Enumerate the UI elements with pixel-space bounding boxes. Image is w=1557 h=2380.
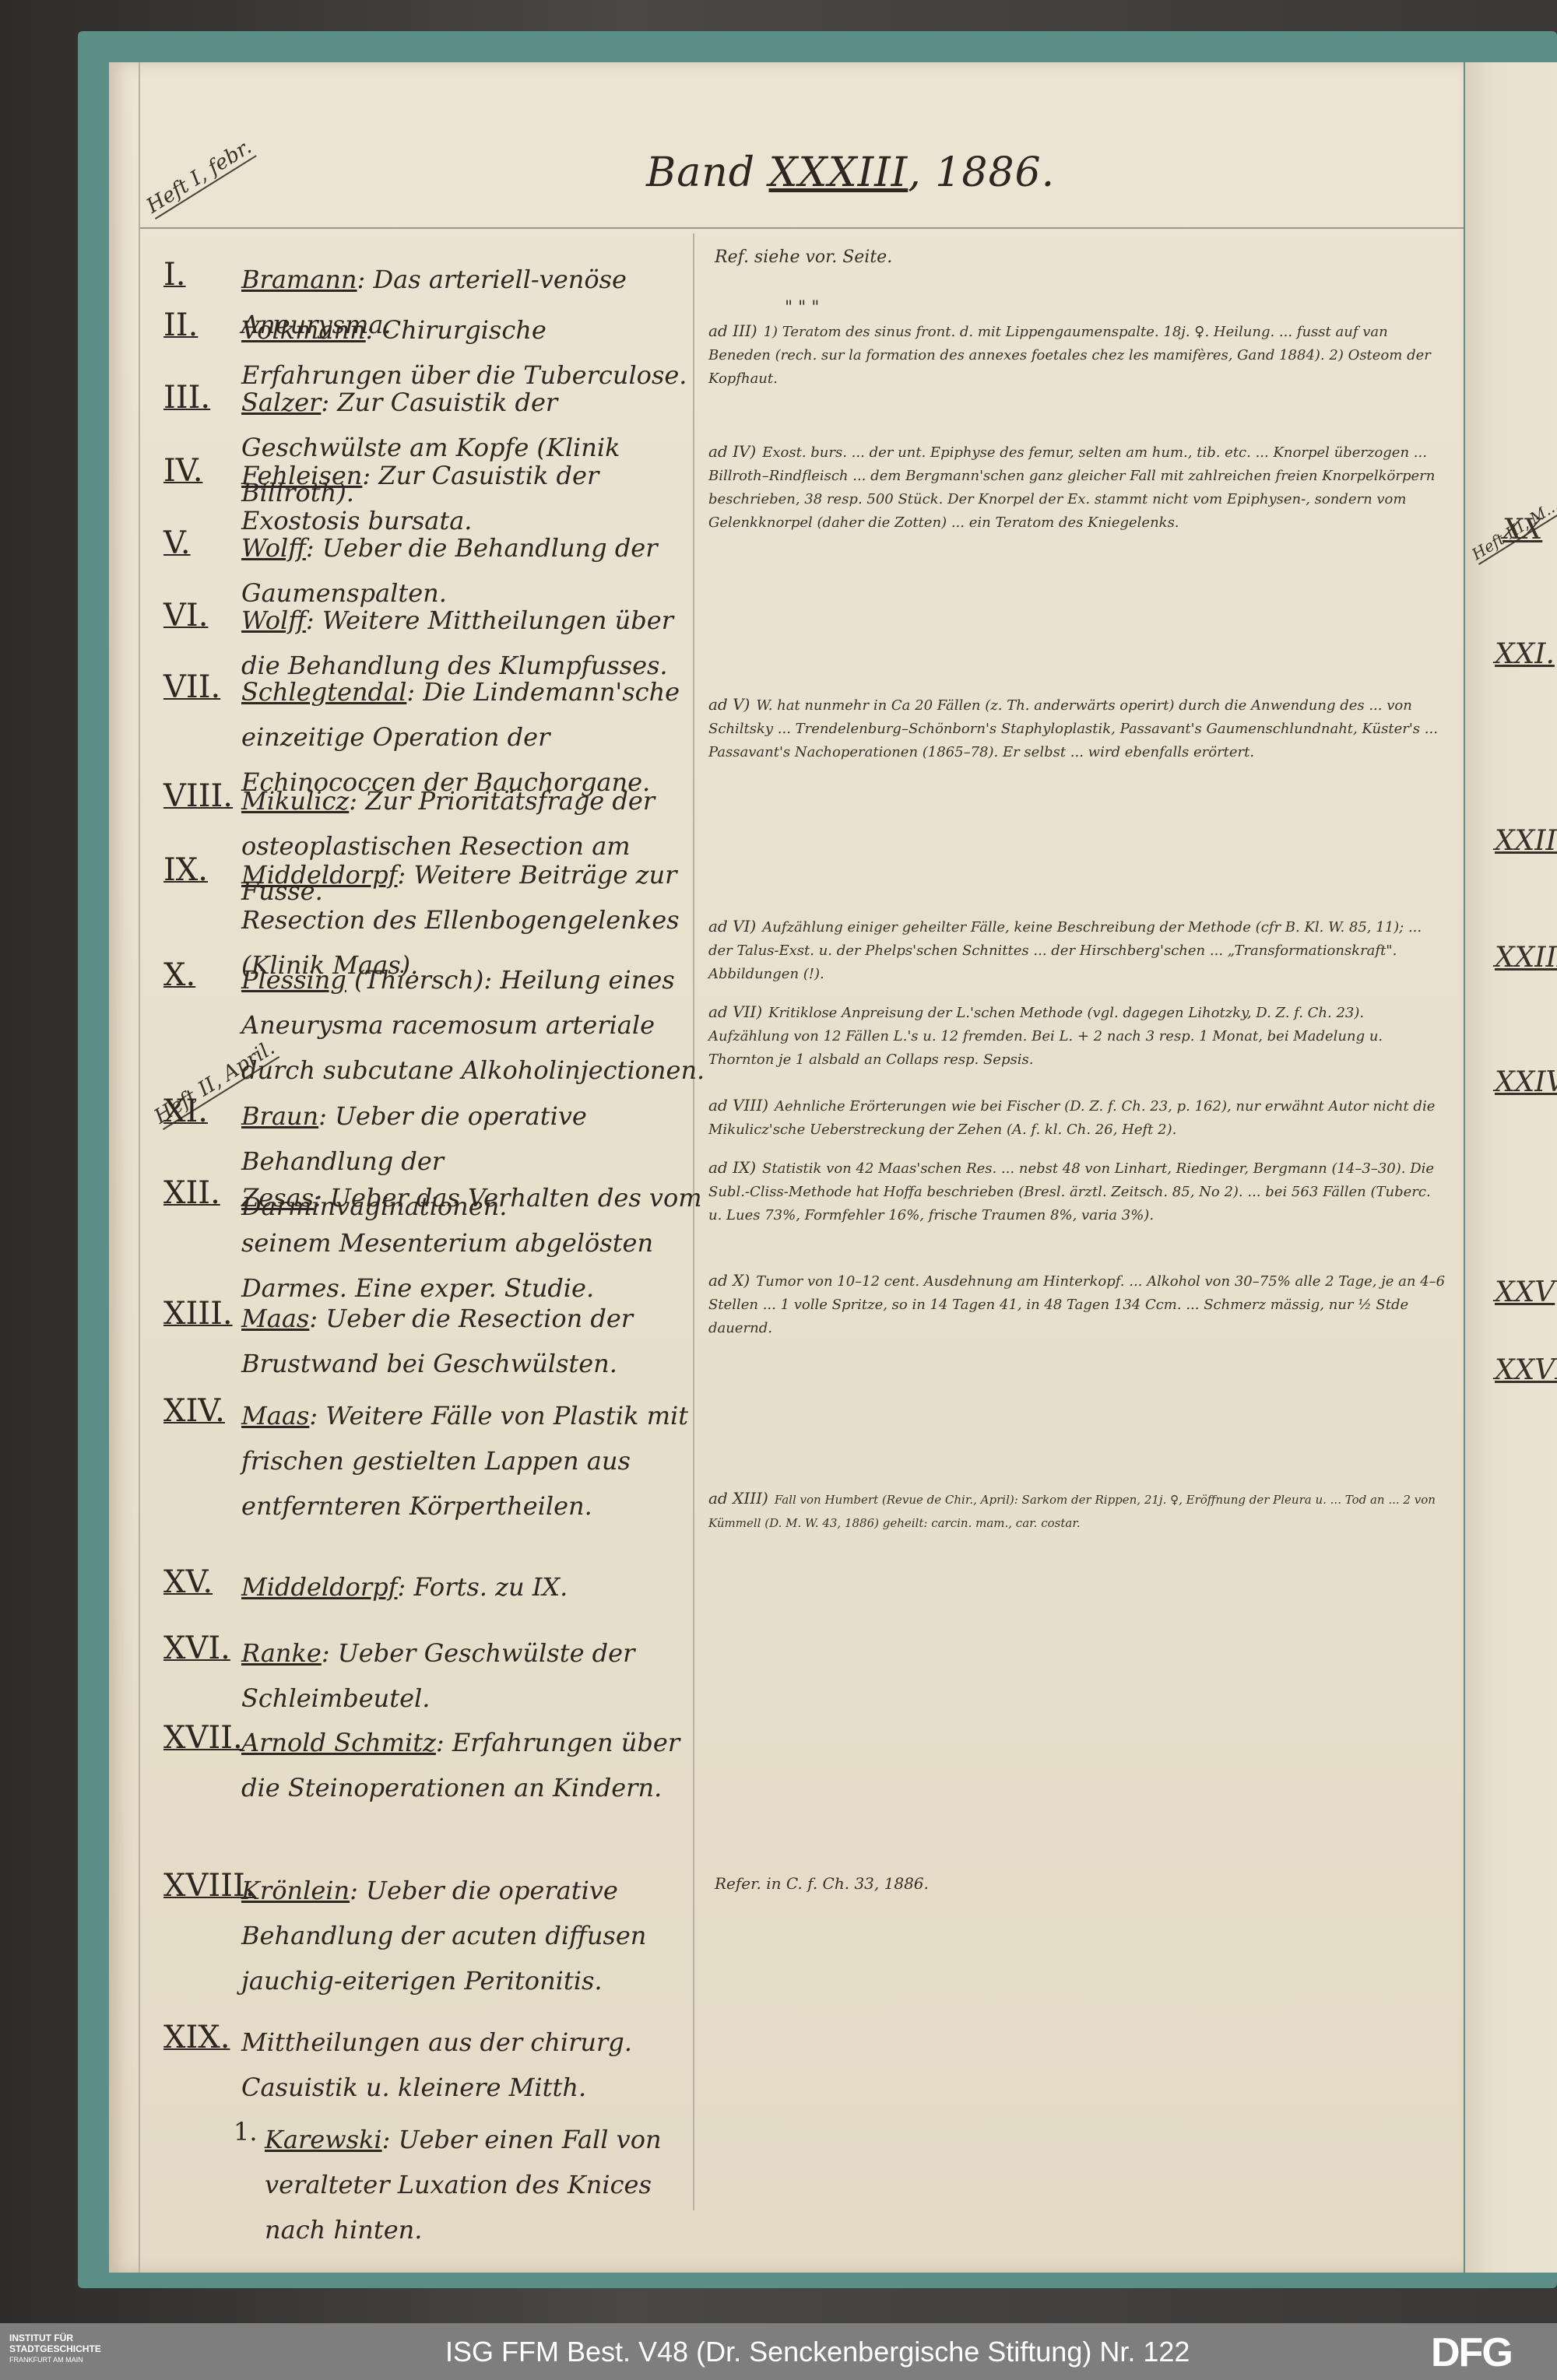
- entry-text: Krönlein: Ueber die operative Behandlung…: [241, 1868, 708, 2003]
- facing-page-edge: [1465, 62, 1557, 2273]
- annotation-text: Exost. burs. ... der unt. Epiphyse des f…: [708, 444, 1435, 531]
- annotation: ad VII)Kritiklose Anpreisung der L.'sche…: [708, 1000, 1448, 1072]
- institute-name-line: INSTITUT FÜR: [9, 2333, 101, 2343]
- entry-text: Maas: Weitere Fälle von Plastik mit fris…: [241, 1393, 708, 1529]
- entry-number: XIX.: [163, 2020, 241, 2055]
- annotation: ad III)1) Teratom des sinus front. d. mi…: [708, 319, 1448, 391]
- annotation-text: " " ": [785, 298, 819, 318]
- annotation-ref: ad III): [708, 321, 757, 340]
- header-rule: [140, 227, 1464, 229]
- entry-author: Middeldorpf: [241, 1572, 398, 1602]
- entry-number: XI.: [163, 1093, 241, 1129]
- annotation-text: Ref. siehe vor. Seite.: [715, 247, 892, 267]
- entry-author: Karewski: [265, 2125, 382, 2154]
- entry-number: IV.: [163, 453, 241, 489]
- entry-author: Wolff: [241, 606, 306, 635]
- annotation-text: Aehnliche Erörterungen wie bei Fischer (…: [708, 1098, 1435, 1138]
- annotation-ref: ad IX): [708, 1158, 756, 1177]
- entry-number: III.: [163, 380, 241, 416]
- annotation: Refer. in C. f. Ch. 33, 1886.: [708, 1872, 1448, 1895]
- annotation: ad X)Tumor von 10–12 cent. Ausdehnung am…: [708, 1269, 1448, 1340]
- entry-author: Schlegtendal: [241, 677, 406, 707]
- archive-caption: ISG FFM Best. V48 (Dr. Senckenbergische …: [445, 2336, 1190, 2368]
- entry-author: Zesas: [241, 1183, 314, 1213]
- annotation-ref: ad VII): [708, 1002, 762, 1021]
- entry-author: Fehleisen: [241, 461, 362, 490]
- entry-number: XVIII.: [163, 1868, 241, 1904]
- facing-numeral: XXIII.: [1495, 942, 1557, 974]
- entry-text: Maas: Ueber die Resection der Brustwand …: [241, 1296, 708, 1386]
- entry-number: II.: [163, 307, 241, 343]
- entry-text: Karewski: Ueber einen Fall von veraltete…: [265, 2117, 716, 2252]
- annotation-text: Tumor von 10–12 cent. Ausdehnung am Hint…: [708, 1273, 1445, 1336]
- annotation-ref: ad VIII): [708, 1096, 768, 1115]
- entry-number: XV.: [163, 1564, 241, 1600]
- annotation-ref: ad VI): [708, 917, 756, 936]
- entry-text: Mittheilungen aus der chirurg. Casuistik…: [241, 2020, 708, 2110]
- annotation-ref: ad X): [708, 1271, 750, 1290]
- annotation-ref: ad IV): [708, 442, 756, 461]
- entry-author: Ranke: [241, 1638, 322, 1668]
- entry-number: VIII.: [163, 778, 241, 814]
- annotation: ad XIII)Fall von Humbert (Revue de Chir.…: [708, 1487, 1448, 1535]
- entry-author: Wolff: [241, 533, 306, 563]
- entry-number: XIV.: [163, 1393, 241, 1429]
- annotation: ad VI)Aufzählung einiger geheilter Fälle…: [708, 914, 1448, 986]
- entry-author: Plessing: [241, 965, 346, 995]
- entry-number: XVI.: [163, 1631, 241, 1666]
- entry-title: : Weitere Fälle von Plastik mit frischen…: [241, 1401, 688, 1521]
- entry-number: I.: [163, 257, 241, 293]
- annotation-text: Refer. in C. f. Ch. 33, 1886.: [715, 1874, 929, 1893]
- entry-author: Volkmann: [241, 315, 366, 345]
- annotation-ref: ad V): [708, 695, 750, 714]
- entry-author: Arnold Schmitz: [241, 1728, 436, 1757]
- annotation-text: Fall von Humbert (Revue de Chir., April)…: [708, 1493, 1436, 1530]
- facing-numeral: XXIV: [1495, 1066, 1557, 1098]
- archive-footer: INSTITUT FÜR STADTGESCHICHTE FRANKFURT A…: [0, 2323, 1557, 2380]
- entry-author: Maas: [241, 1401, 309, 1430]
- annotation-text: Statistik von 42 Maas'schen Res. ... neb…: [708, 1160, 1434, 1223]
- entry-author: Salzer: [241, 388, 321, 417]
- annotation-text: W. hat nunmehr in Ca 20 Fällen (z. Th. a…: [708, 697, 1438, 760]
- volume-number: XXXIII: [769, 149, 909, 196]
- entry-title: : Forts. zu IX.: [398, 1572, 568, 1602]
- entry-text: Zesas: Ueber das Verhalten des vom seine…: [241, 1175, 708, 1311]
- page-title: Band XXXIII, 1886.: [646, 149, 1055, 196]
- entry-author: Krönlein: [241, 1876, 350, 1905]
- annotation-text: Kritiklose Anpreisung der L.'schen Metho…: [708, 1005, 1383, 1068]
- entry-text: Middeldorpf: Forts. zu IX.: [241, 1564, 708, 1609]
- annotation: ad IX)Statistik von 42 Maas'schen Res. .…: [708, 1156, 1448, 1227]
- annotation-text: Aufzählung einiger geheilter Fälle, kein…: [708, 919, 1422, 982]
- annotation-ref: ad XIII): [708, 1489, 768, 1508]
- dfg-logo: DFG: [1431, 2329, 1512, 2376]
- entry-number: VI.: [163, 598, 241, 634]
- entry-number: VII.: [163, 669, 241, 705]
- entry-author: Mikulicz: [241, 786, 349, 816]
- facing-numeral: XXI.: [1495, 638, 1555, 670]
- entry-author: Bramann: [241, 265, 357, 294]
- entry-number: XVII.: [163, 1720, 241, 1756]
- institute-name-line: STADTGESCHICHTE: [9, 2343, 101, 2354]
- institute-logo: INSTITUT FÜR STADTGESCHICHTE FRANKFURT A…: [9, 2333, 101, 2365]
- entry-text: Arnold Schmitz: Erfahrungen über die Ste…: [241, 1720, 708, 1810]
- annotation: " " ": [778, 296, 1518, 320]
- annotation: Ref. siehe vor. Seite.: [708, 245, 1448, 269]
- entry-author: Middeldorpf: [241, 860, 398, 890]
- annotation: ad VIII)Aehnliche Erörterungen wie bei F…: [708, 1093, 1448, 1142]
- annotation-text: 1) Teratom des sinus front. d. mit Lippe…: [708, 324, 1431, 387]
- entry-text: Plessing (Thiersch): Heilung eines Aneur…: [241, 957, 708, 1093]
- entry-number: 1.: [234, 2117, 265, 2147]
- margin-line-left: [139, 62, 140, 2273]
- entry-number: V.: [163, 525, 241, 561]
- annotation: ad V)W. hat nunmehr in Ca 20 Fällen (z. …: [708, 693, 1448, 764]
- title-prefix: Band: [646, 149, 755, 196]
- entry-author: Maas: [241, 1304, 309, 1333]
- entry-number: XIII.: [163, 1296, 241, 1332]
- institute-location: FRANKFURT AM MAIN: [9, 2354, 101, 2365]
- entry-number: IX.: [163, 852, 241, 888]
- facing-numeral: XXV: [1495, 1276, 1555, 1308]
- entry-author: Braun: [241, 1101, 318, 1131]
- facing-numeral: XXVI: [1495, 1354, 1557, 1386]
- entry-number: X.: [163, 957, 241, 993]
- entry-number: XII.: [163, 1175, 241, 1211]
- entry-title: Mittheilungen aus der chirurg. Casuistik…: [241, 2027, 632, 2102]
- facing-numeral: XX: [1503, 514, 1542, 546]
- title-year: , 1886.: [908, 149, 1055, 196]
- facing-numeral: XXII.: [1495, 825, 1557, 857]
- entry-text: Ranke: Ueber Geschwülste der Schleimbeut…: [241, 1631, 708, 1721]
- annotation: ad IV)Exost. burs. ... der unt. Epiphyse…: [708, 440, 1448, 535]
